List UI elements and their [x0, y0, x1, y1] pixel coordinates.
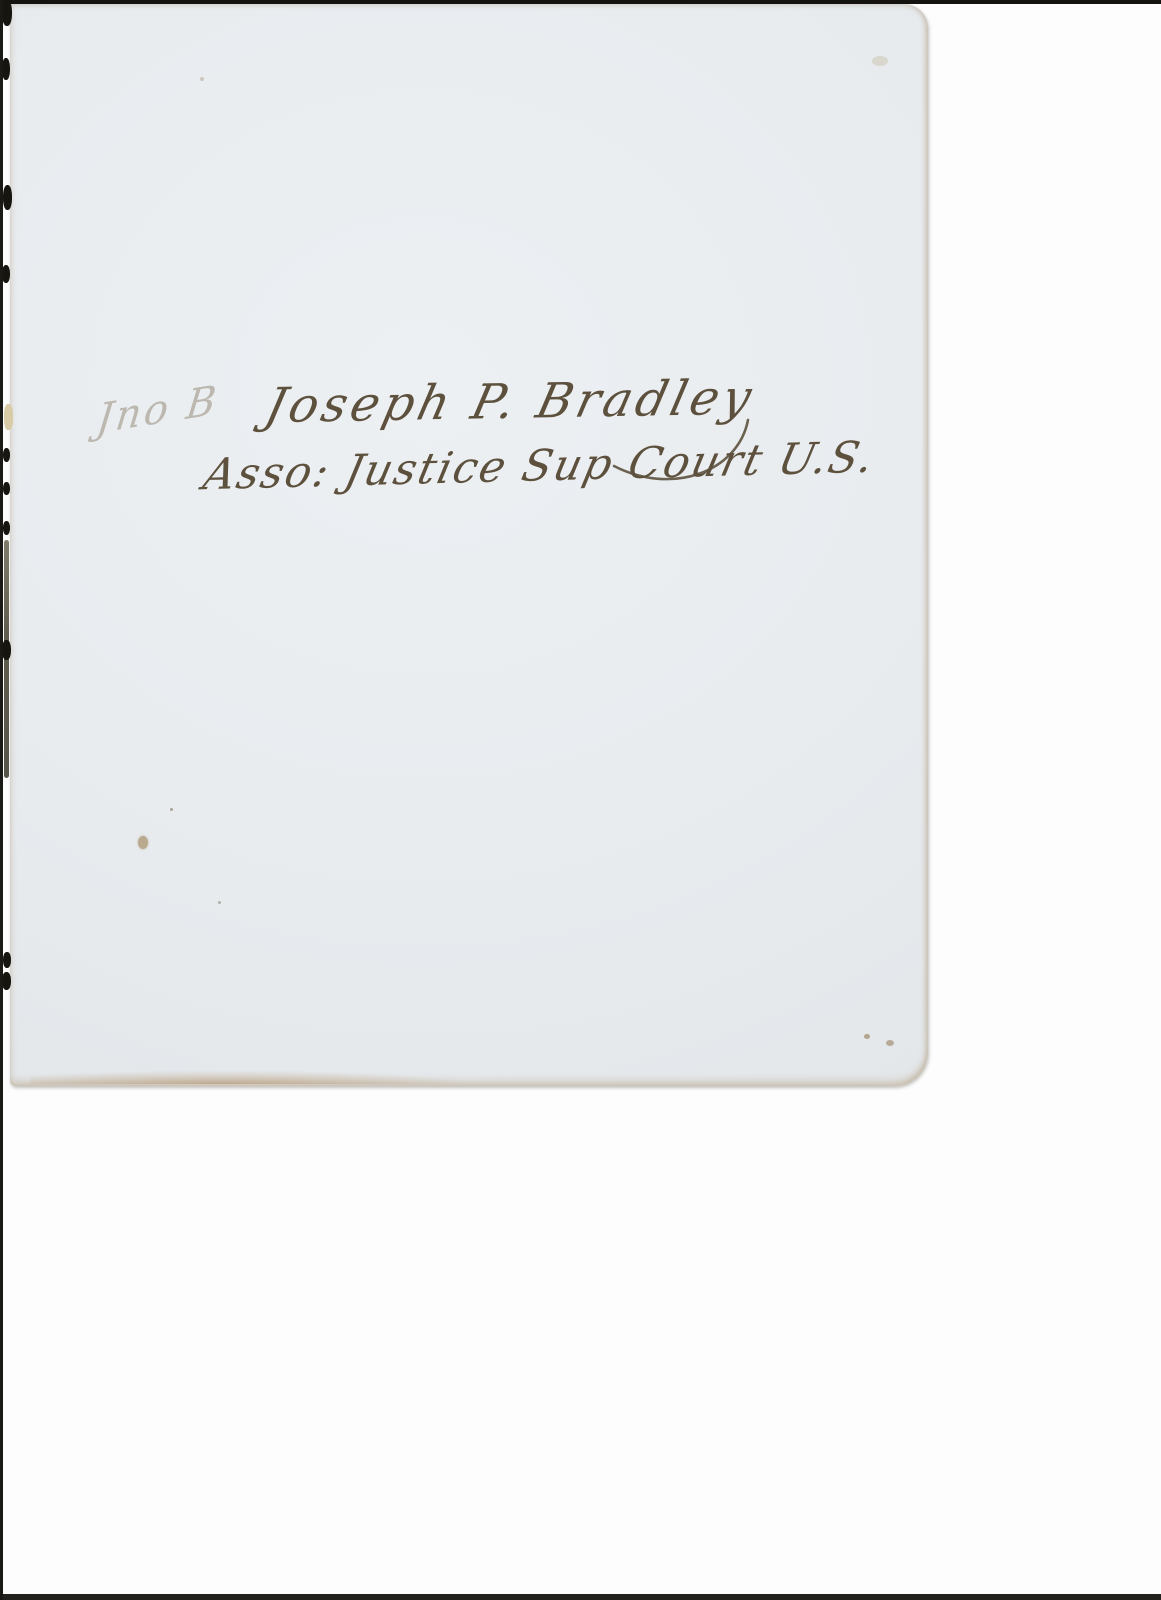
foxing-spot: [864, 1034, 870, 1039]
binding-tear-mark: [3, 952, 11, 968]
signature-line: Joseph P. Bradley: [260, 369, 761, 434]
scanned-photo: Jno B Joseph P. Bradley Asso: Justice Su…: [0, 0, 1161, 1600]
scan-border-bottom: [0, 1594, 1161, 1600]
corner-smudge: [872, 56, 888, 66]
binding-tear-mark: [2, 640, 11, 660]
foxing-spot: [138, 836, 148, 849]
binding-tear-mark: [2, 0, 12, 26]
binding-tear-mark: [3, 521, 10, 535]
speck: [218, 901, 221, 904]
binding-tear-mark: [2, 265, 10, 283]
album-page: Jno B Joseph P. Bradley Asso: Justice Su…: [10, 4, 928, 1086]
speck: [200, 77, 204, 81]
signature-flourish: [10, 4, 928, 1086]
foxing-spot: [886, 1040, 894, 1046]
binding-tan-patch: [4, 404, 13, 430]
binding-tear-mark: [2, 58, 10, 80]
binding-tear-mark: [3, 448, 10, 462]
title-line: Asso: Justice Sup Court U.S.: [199, 432, 880, 500]
binding-tear-mark: [3, 185, 12, 210]
scan-border-left: [0, 0, 3, 1600]
pencil-inscription: Jno B: [94, 377, 221, 444]
binding-tear-mark: [3, 482, 10, 495]
speck: [170, 808, 173, 811]
bottom-edge-toning: [30, 1064, 670, 1084]
binding-tear-mark: [2, 972, 11, 990]
